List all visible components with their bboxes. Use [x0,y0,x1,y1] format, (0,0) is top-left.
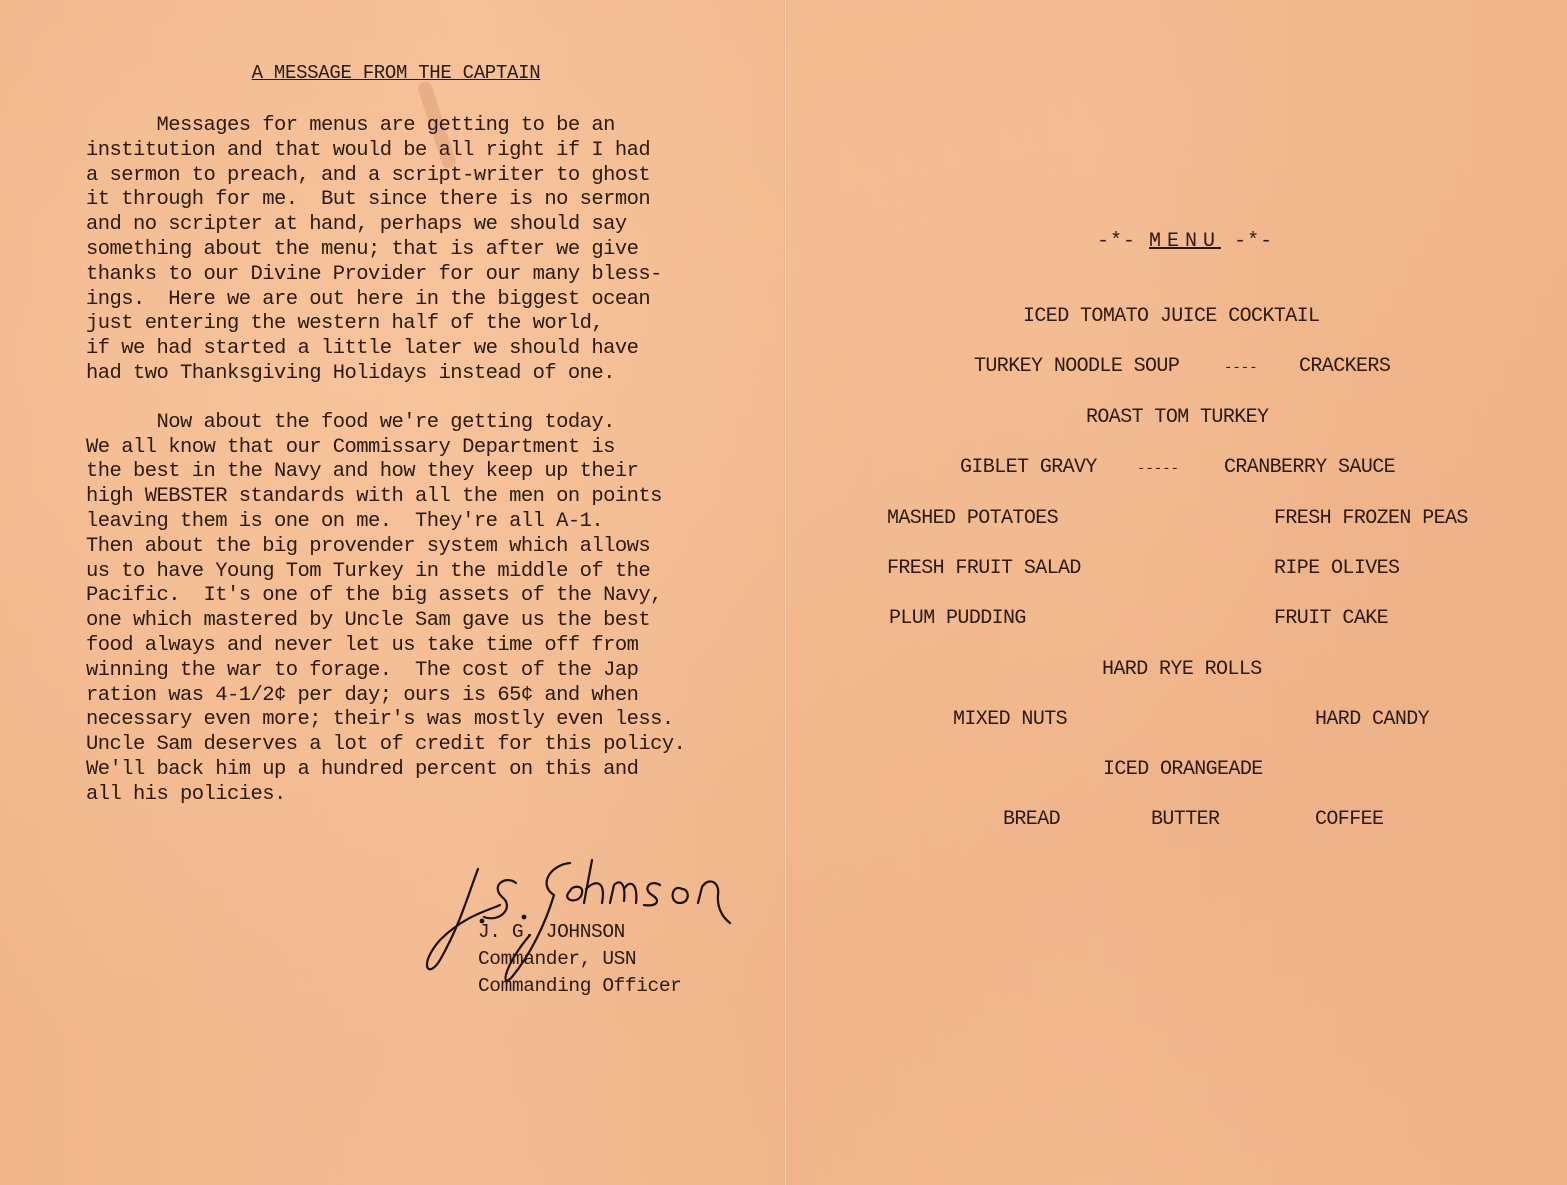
letter-line: ings. Here we are out here in the bigges… [86,288,736,313]
letter-line: thanks to our Divine Provider for our ma… [86,263,736,288]
signature-typed-lines: J. G. JOHNSON Commander, USN Commanding … [478,919,681,1000]
letter-line: all his policies. [86,783,736,808]
menu-item-nuts: MIXED NUTS [953,708,1067,731]
menu-separator: ---- [1224,360,1258,376]
captain-message-title: A MESSAGE FROM THE CAPTAIN [226,62,566,84]
letter-line: institution and that would be all right … [86,139,736,164]
menu-heading-word: MENU [1149,230,1221,253]
menu-page: -*- MENU -*- ICED TOMATO JUICE COCKTAIL … [787,0,1567,1185]
signatory-name: J. G. JOHNSON [478,919,681,946]
captain-letter-body: Messages for menus are getting to be an … [86,114,736,808]
letter-line: high WEBSTER standards with all the men … [86,485,736,510]
letter-line: food always and never let us take time o… [86,634,736,659]
menu-item-bread: BREAD [1003,808,1060,831]
letter-line: if we had started a little later we shou… [86,337,736,362]
letter-line: We all know that our Commissary Departme… [86,436,736,461]
letter-line: Now about the food we're getting today. [86,411,736,436]
menu-item-olives: RIPE OLIVES [1274,557,1399,580]
menu-item-soup: TURKEY NOODLE SOUP [974,355,1179,378]
letter-line: it through for me. But since there is no… [86,188,736,213]
captain-message-page: A MESSAGE FROM THE CAPTAIN Messages for … [86,62,736,832]
menu-separator: ----- [1137,461,1179,477]
letter-paragraph-1: Messages for menus are getting to be an … [86,114,736,387]
menu-item-orangeade: ICED ORANGEADE [1103,758,1263,781]
menu-heading-ornament-left: -*- [1097,230,1136,253]
captain-signature-block: J. G. JOHNSON Commander, USN Commanding … [420,855,750,1005]
menu-sheet: A MESSAGE FROM THE CAPTAIN Messages for … [0,0,1567,1185]
letter-line: had two Thanksgiving Holidays instead of… [86,362,736,387]
menu-item-cocktail: ICED TOMATO JUICE COCKTAIL [1023,305,1319,328]
letter-line: necessary even more; their's was mostly … [86,708,736,733]
letter-paragraph-2: Now about the food we're getting today. … [86,411,736,808]
menu-item-fruit-cake: FRUIT CAKE [1274,607,1388,630]
signatory-role: Commanding Officer [478,973,681,1000]
letter-line: Uncle Sam deserves a lot of credit for t… [86,733,736,758]
letter-line: We'll back him up a hundred percent on t… [86,758,736,783]
menu-item-pudding: PLUM PUDDING [889,607,1026,630]
menu-item-rolls: HARD RYE ROLLS [1102,658,1262,681]
menu-item-candy: HARD CANDY [1315,708,1429,731]
signatory-rank: Commander, USN [478,946,681,973]
letter-line: leaving them is one on me. They're all A… [86,510,736,535]
menu-item-butter: BUTTER [1151,808,1219,831]
letter-line: ration was 4-1/2¢ per day; ours is 65¢ a… [86,684,736,709]
letter-line: winning the war to forage. The cost of t… [86,659,736,684]
menu-item-peas: FRESH FROZEN PEAS [1274,507,1468,530]
letter-line: and no scripter at hand, perhaps we shou… [86,213,736,238]
letter-line: one which mastered by Uncle Sam gave us … [86,609,736,634]
menu-item-coffee: COFFEE [1315,808,1383,831]
letter-line: Messages for menus are getting to be an [86,114,736,139]
letter-line: something about the menu; that is after … [86,238,736,263]
letter-line: Then about the big provender system whic… [86,535,736,560]
menu-item-potatoes: MASHED POTATOES [887,507,1058,530]
menu-item-crackers: CRACKERS [1299,355,1390,378]
letter-line: Pacific. It's one of the big assets of t… [86,584,736,609]
menu-item-fruit-salad: FRESH FRUIT SALAD [887,557,1081,580]
letter-line: us to have Young Tom Turkey in the middl… [86,560,736,585]
menu-item-cranberry: CRANBERRY SAUCE [1224,456,1395,479]
letter-line: a sermon to preach, and a script-writer … [86,164,736,189]
letter-line: the best in the Navy and how they keep u… [86,460,736,485]
menu-item-gravy: GIBLET GRAVY [960,456,1097,479]
letter-line: just entering the western half of the wo… [86,312,736,337]
menu-item-turkey: ROAST TOM TURKEY [1086,406,1268,429]
menu-heading: -*- MENU -*- [1097,230,1273,253]
menu-heading-ornament-right: -*- [1234,230,1273,253]
